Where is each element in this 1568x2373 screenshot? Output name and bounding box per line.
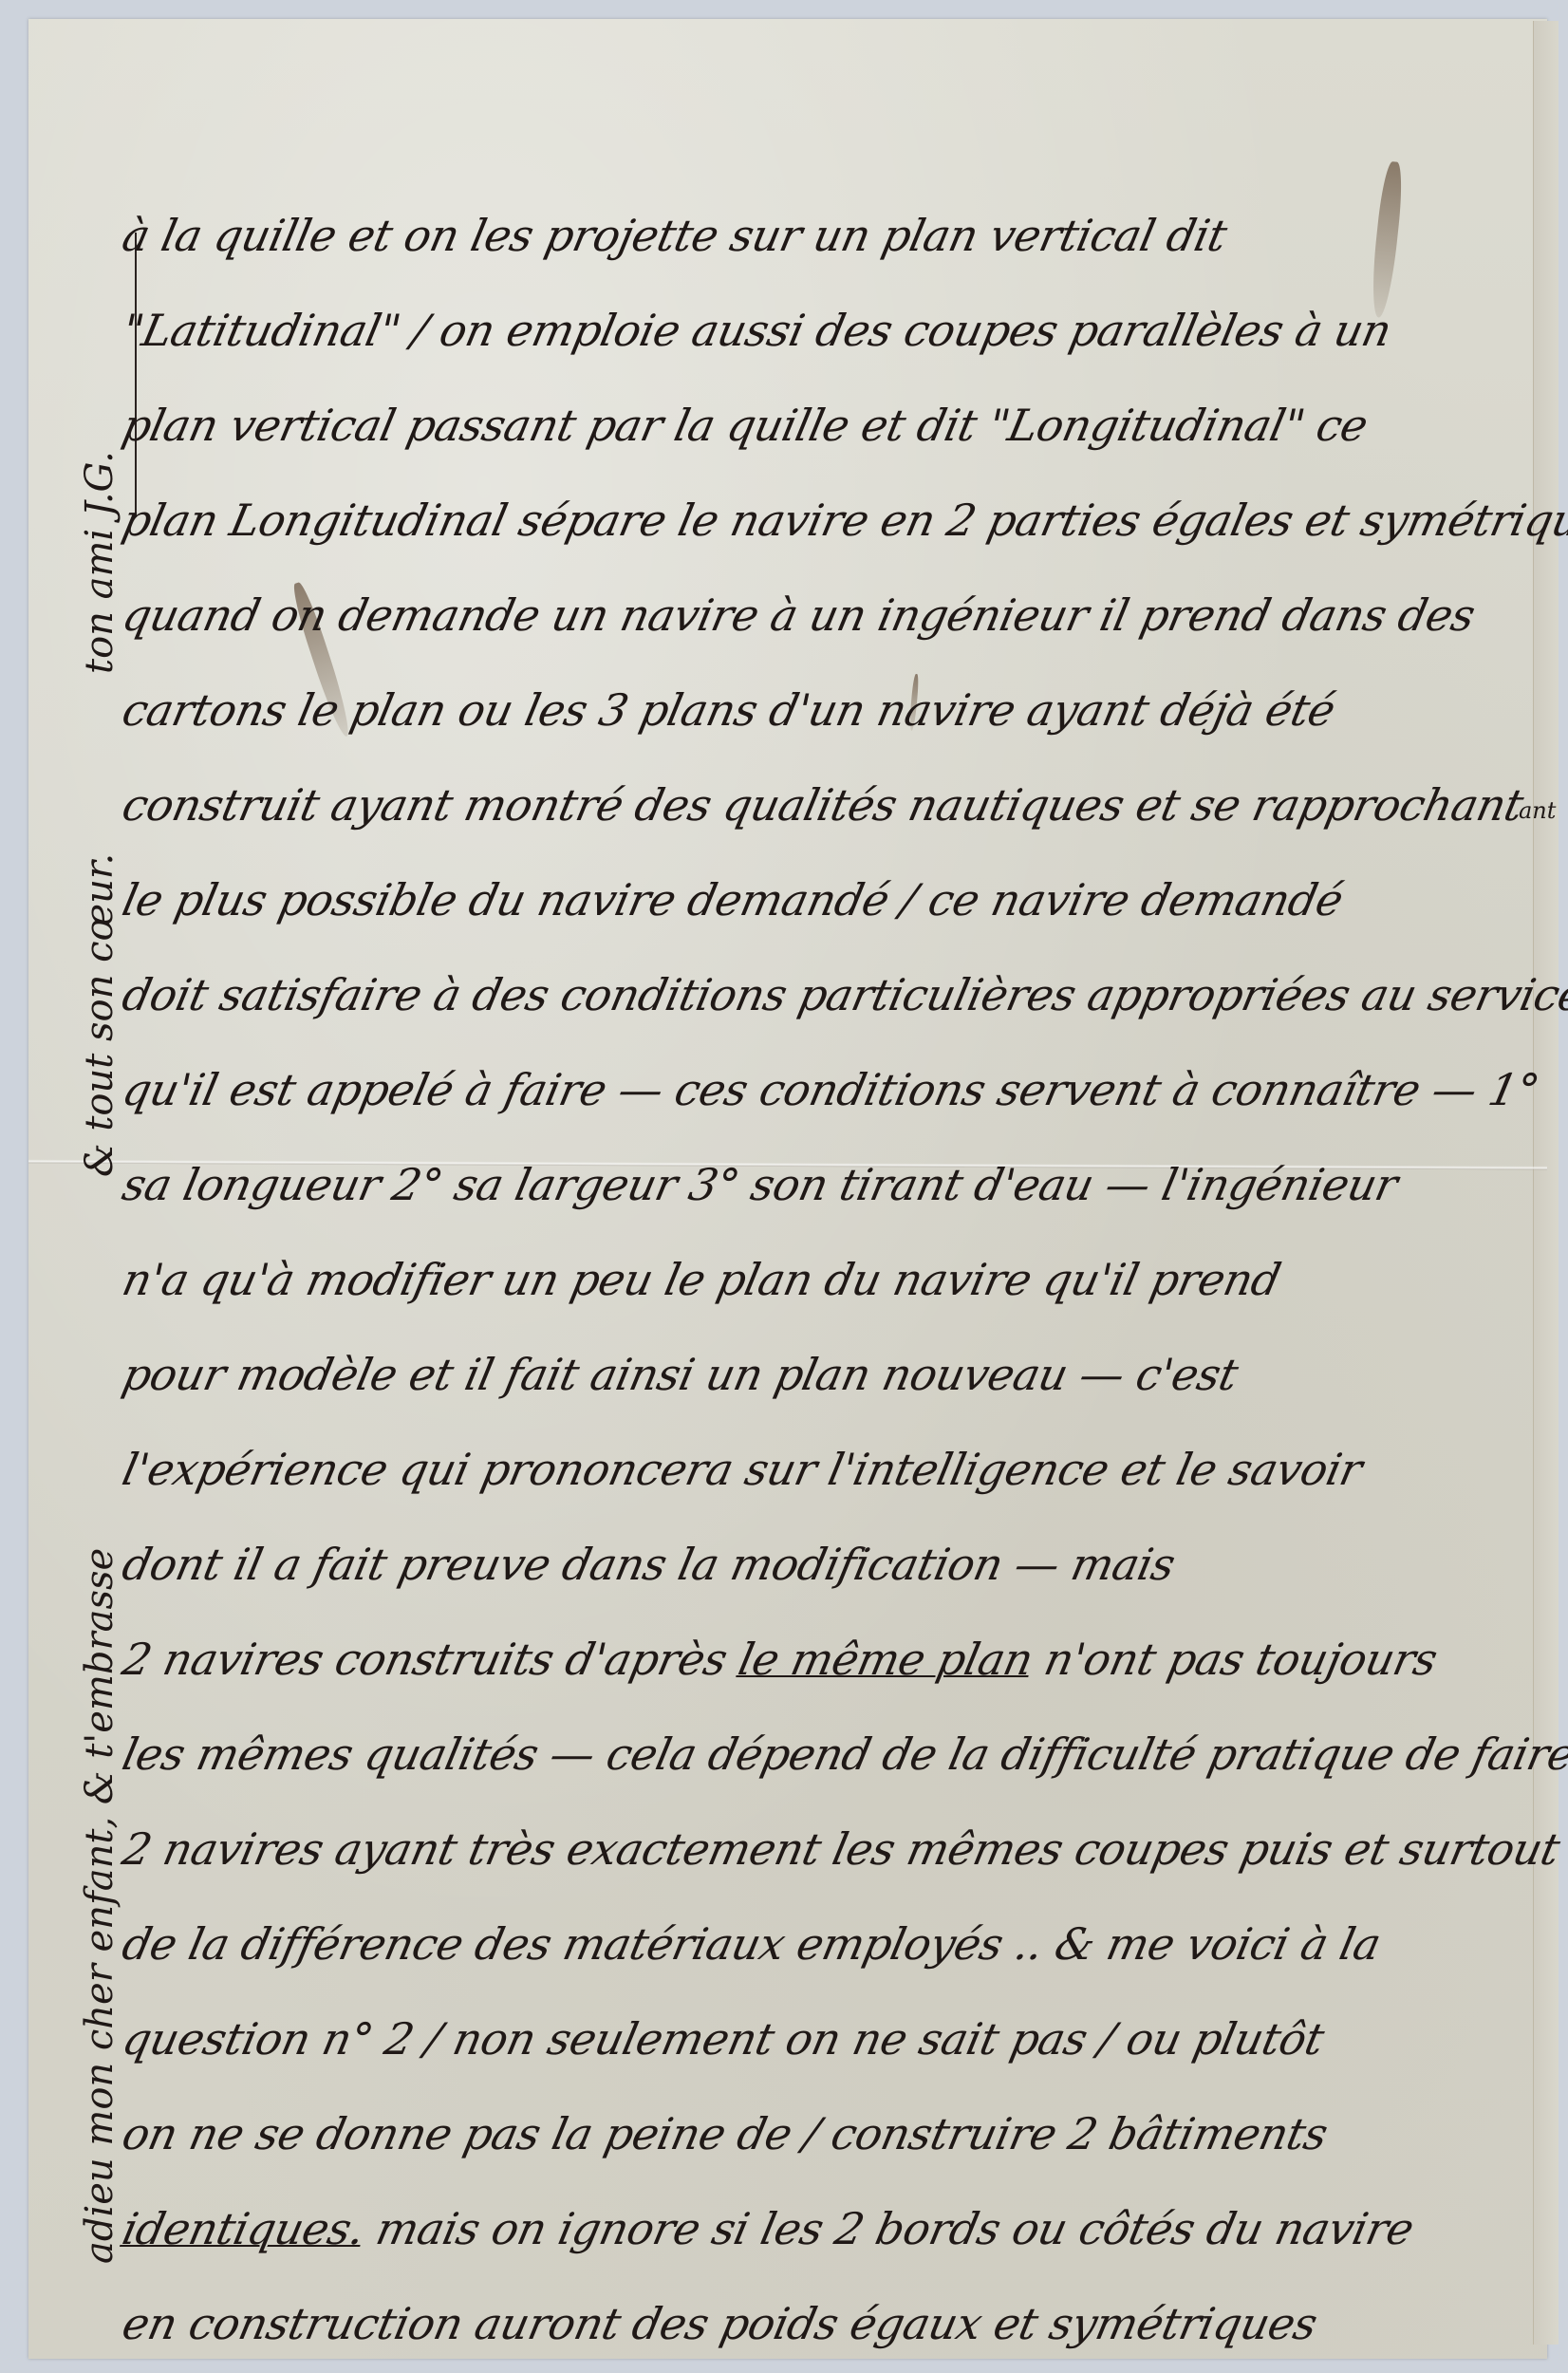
margin-note-signature: ton ami J.G. (78, 451, 121, 674)
body-line: sa longueur 2° sa largeur 3° son tirant … (113, 1137, 1568, 1232)
margin-note-closing: & tout son cœur. (78, 853, 121, 1177)
body-line: plan Longitudinal sépare le navire en 2 … (113, 473, 1568, 568)
underlined-phrase: identiques. (118, 2203, 369, 2254)
body-line: plan vertical passant par la quille et d… (113, 378, 1568, 473)
letter-page: à la quille et on les projette sur un pl… (28, 19, 1547, 2359)
body-line: de la différence des matériaux employés … (113, 1897, 1568, 1991)
body-line: à la quille et on les projette sur un pl… (113, 188, 1568, 283)
underlined-phrase: le même plan (734, 1634, 1037, 1685)
body-line-underlined: 2 navires construits d'après le même pla… (113, 1612, 1568, 1707)
body-line: n'a qu'à modifier un peu le plan du navi… (113, 1232, 1568, 1327)
letter-body: à la quille et on les projette sur un pl… (123, 188, 1566, 2371)
body-line: question n° 2 / non seulement on ne sait… (113, 1991, 1568, 2086)
body-line: qu'il est appelé à faire — ces condition… (113, 1042, 1568, 1137)
body-line: le plus possible du navire demandé / ce … (113, 852, 1568, 947)
body-line: construit ayant montré des qualités naut… (113, 757, 1568, 852)
body-line: quand on demande un navire à un ingénieu… (113, 568, 1568, 663)
body-line: "Latitudinal" / on emploie aussi des cou… (113, 283, 1568, 378)
body-line: en construction auront des poids égaux e… (113, 2276, 1568, 2371)
body-line: dont il a fait preuve dans la modificati… (113, 1517, 1568, 1612)
body-line: doit satisfaire à des conditions particu… (113, 947, 1568, 1042)
margin-note-farewell: adieu mon cher enfant, & t'embrasse (78, 1548, 121, 2264)
body-line: on ne se donne pas la peine de / constru… (113, 2086, 1568, 2181)
body-line: 2 navires ayant très exactement les même… (113, 1802, 1568, 1897)
body-line: cartons le plan ou les 3 plans d'un navi… (113, 663, 1568, 757)
body-line-underlined: identiques. mais on ignore si les 2 bord… (113, 2181, 1568, 2276)
body-line: les mêmes qualités — cela dépend de la d… (113, 1707, 1568, 1802)
body-line: l'expérience qui prononcera sur l'intell… (113, 1422, 1568, 1517)
body-line: pour modèle et il fait ainsi un plan nou… (113, 1327, 1568, 1422)
interlinear-correction: ant (1519, 797, 1556, 824)
